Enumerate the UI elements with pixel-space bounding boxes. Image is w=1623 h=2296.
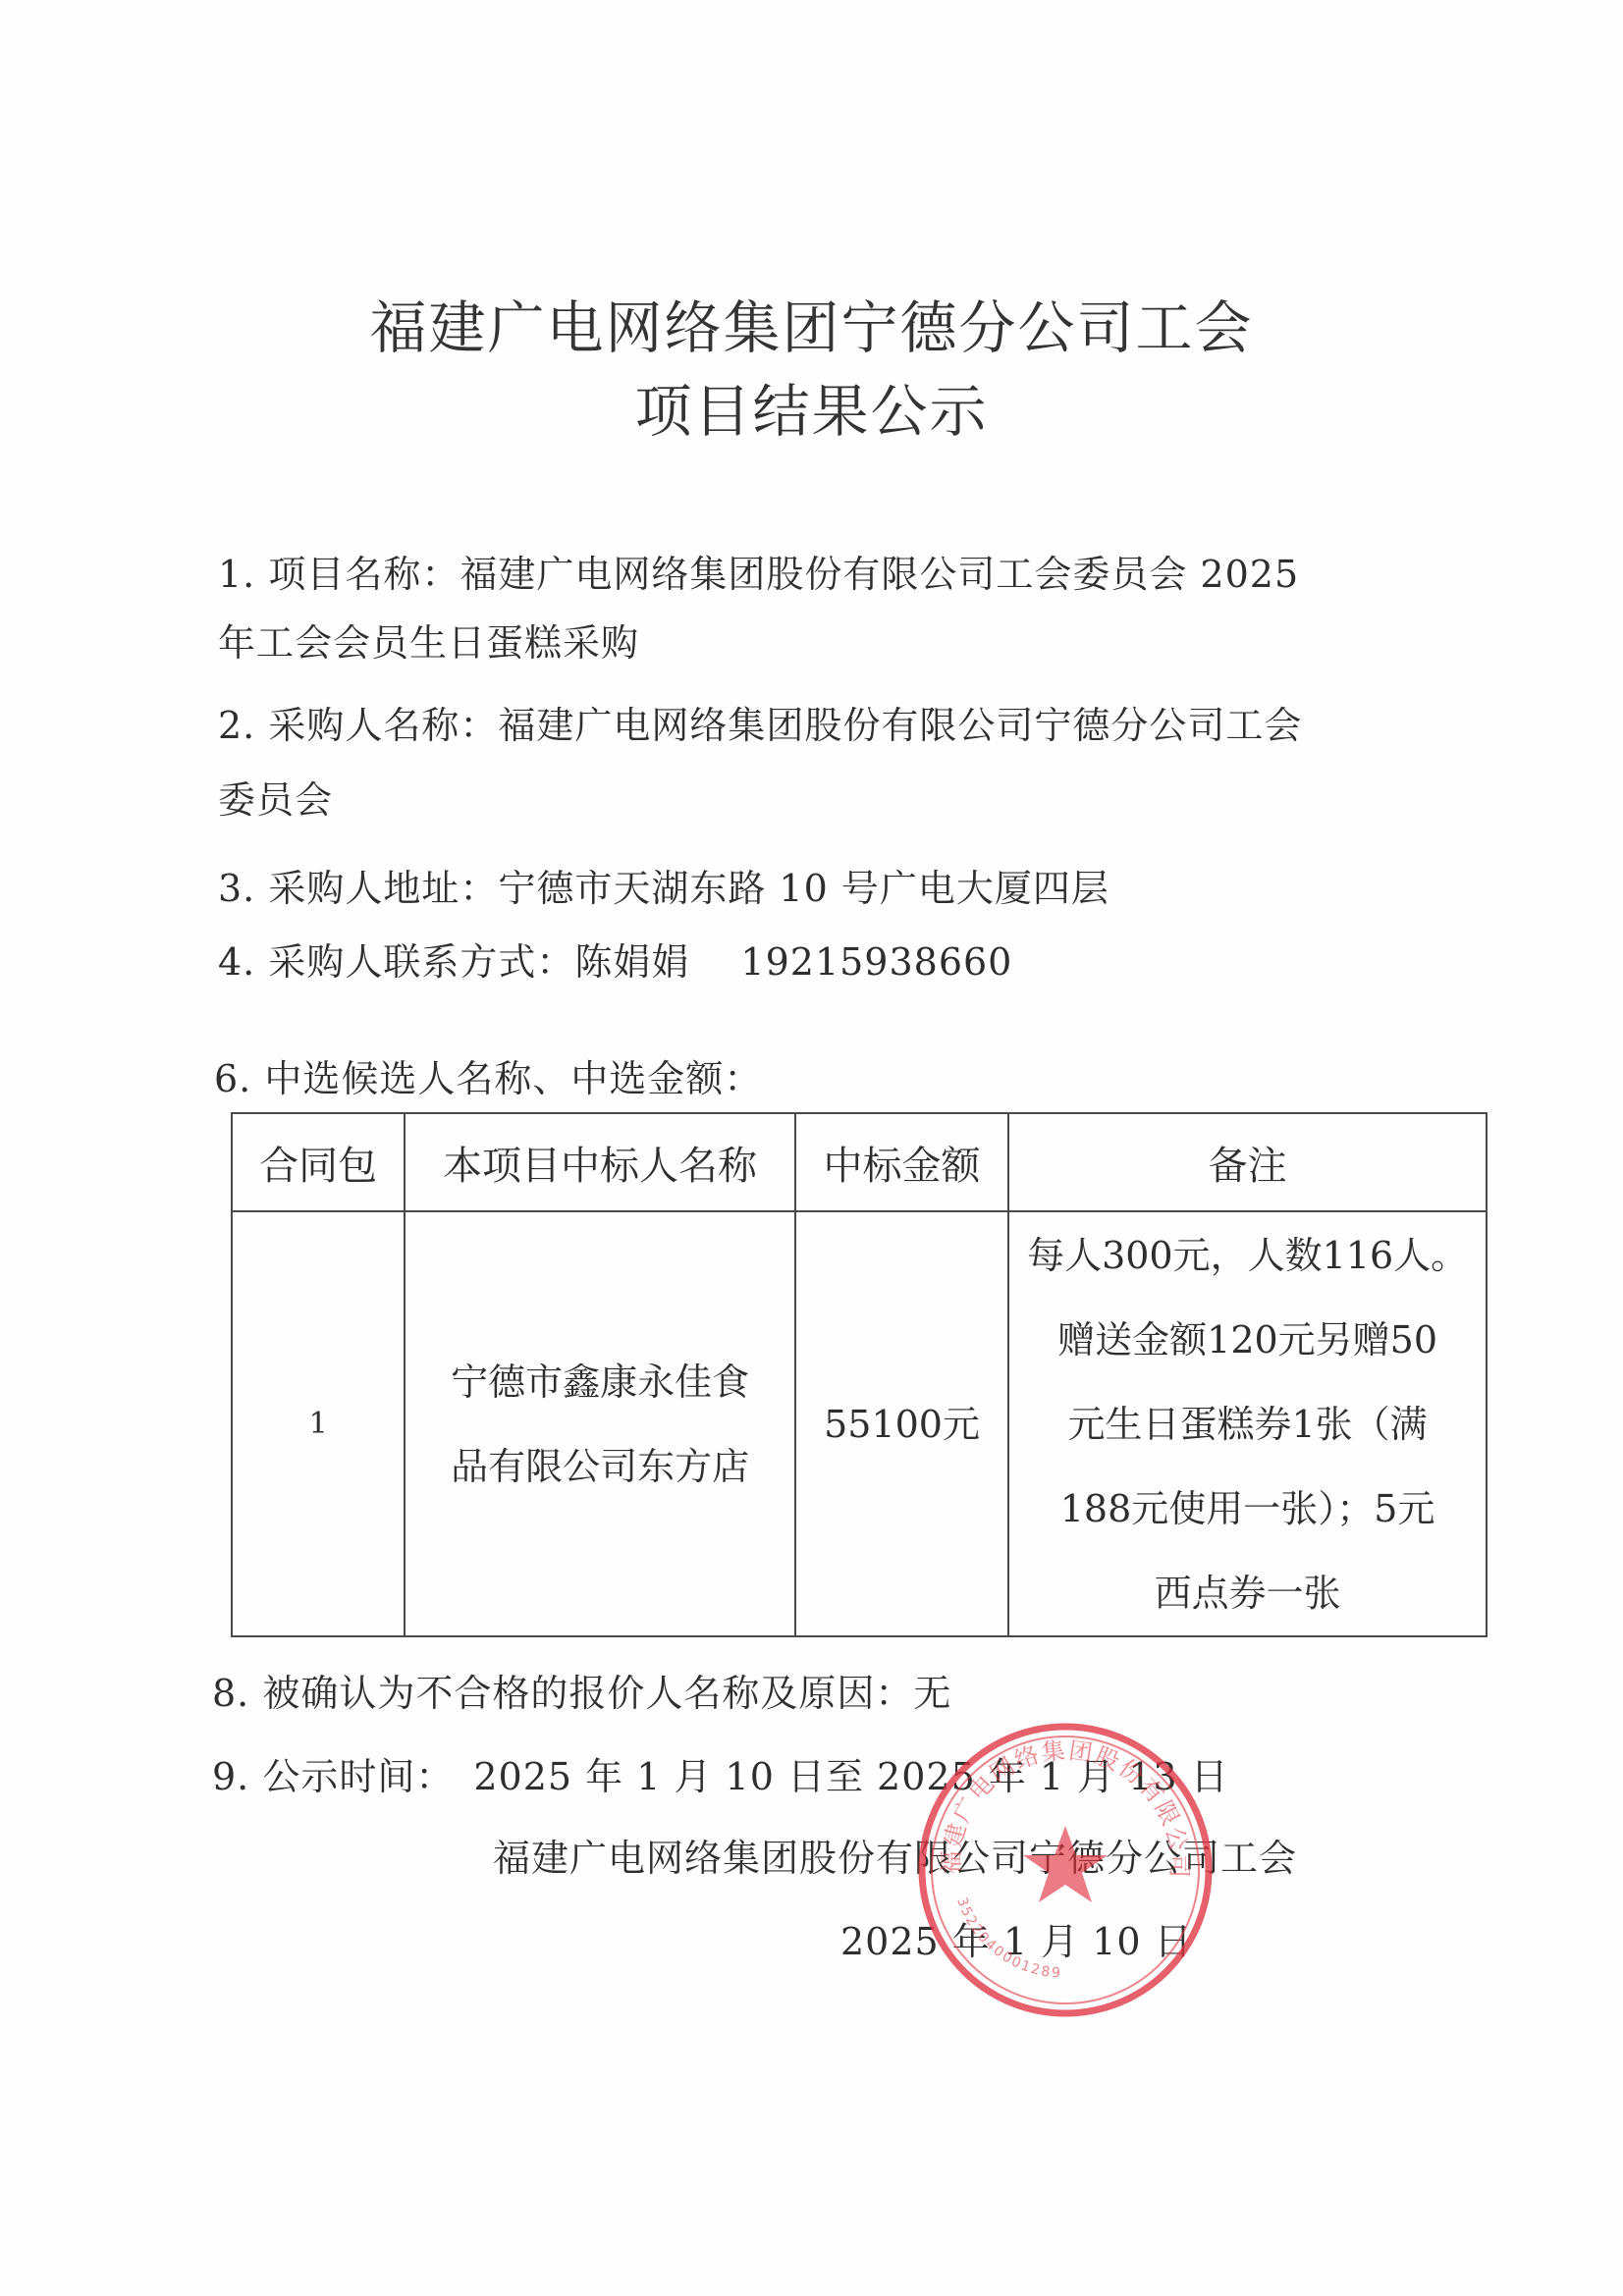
table-header-row: 合同包 本项目中标人名称 中标金额 备注 xyxy=(232,1113,1487,1211)
cell-remarks: 每人300元，人数116人。 赠送金额120元另赠50 元生日蛋糕券1张（满 1… xyxy=(1008,1211,1487,1636)
header-winner-name: 本项目中标人名称 xyxy=(405,1113,795,1211)
remark-line: 元生日蛋糕券1张（满 xyxy=(1009,1382,1486,1467)
header-package: 合同包 xyxy=(232,1113,405,1211)
document-page: 福建广电网络集团宁德分公司工会 项目结果公示 1. 项目名称：福建广电网络集团股… xyxy=(0,0,1623,2296)
remark-line: 每人300元，人数116人。 xyxy=(1009,1213,1486,1298)
remark-line: 西点券一张 xyxy=(1009,1551,1486,1635)
purchaser-name-line1: 2. 采购人名称：福建广电网络集团股份有限公司宁德分公司工会 xyxy=(218,707,1302,744)
winner-name-line2: 品有限公司东方店 xyxy=(406,1424,794,1509)
signature-organization: 福建广电网络集团股份有限公司宁德分公司工会 xyxy=(493,1840,1297,1877)
remark-line: 188元使用一张）；5元 xyxy=(1009,1467,1486,1551)
purchaser-name-line2: 委员会 xyxy=(218,781,333,819)
signature-date: 2025 年 1 月 10 日 xyxy=(840,1923,1193,1960)
purchaser-contact: 4. 采购人联系方式：陈娟娟 19215938660 xyxy=(218,943,1012,981)
remark-line: 赠送金额120元另赠50 xyxy=(1009,1298,1486,1382)
winner-name-line1: 宁德市鑫康永佳食 xyxy=(406,1340,794,1424)
cell-winner-name: 宁德市鑫康永佳食 品有限公司东方店 xyxy=(405,1211,795,1636)
table-row: 1 宁德市鑫康永佳食 品有限公司东方店 55100元 每人300元，人数116人… xyxy=(232,1211,1487,1636)
winner-section-heading: 6. 中选候选人名称、中选金额： xyxy=(214,1060,762,1097)
cell-package: 1 xyxy=(232,1211,405,1636)
project-name-line2: 年工会会员生日蛋糕采购 xyxy=(218,624,639,662)
purchaser-address: 3. 采购人地址：宁德市天湖东路 10 号广电大厦四层 xyxy=(218,870,1109,907)
document-subtitle: 项目结果公示 xyxy=(0,383,1623,440)
unqualified-bidders: 8. 被确认为不合格的报价人名称及原因：无 xyxy=(212,1675,951,1712)
publicity-period: 9. 公示时间： 2025 年 1 月 10 日至 2025 年 1 月 13 … xyxy=(212,1758,1229,1795)
winner-table: 合同包 本项目中标人名称 中标金额 备注 1 宁德市鑫康永佳食 品有限公司东方店… xyxy=(231,1112,1488,1637)
cell-amount: 55100元 xyxy=(795,1211,1008,1636)
header-amount: 中标金额 xyxy=(795,1113,1008,1211)
header-remarks: 备注 xyxy=(1008,1113,1487,1211)
project-name-line1: 1. 项目名称：福建广电网络集团股份有限公司工会委员会 2025 xyxy=(218,556,1299,593)
document-title: 福建广电网络集团宁德分公司工会 xyxy=(0,299,1623,356)
